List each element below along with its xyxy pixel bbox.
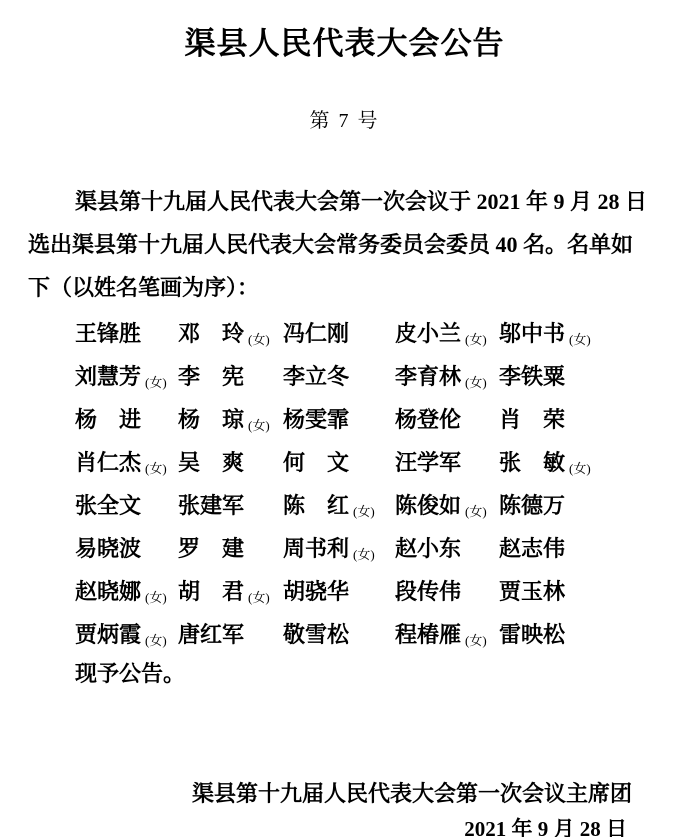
member-name-text: 周书利 (283, 536, 349, 561)
member-name-text: 雷映松 (499, 622, 565, 647)
signature-presidium: 渠县第十九届人民代表大会第一次会议主席团 (0, 779, 689, 809)
member-name-text: 赵小东 (395, 536, 461, 561)
member-name-text: 贾玉林 (499, 579, 565, 604)
female-marker: (女) (145, 590, 167, 605)
member-name: 唐红军 (178, 618, 283, 649)
member-row: 肖仁杰(女)吴 爽何 文汪学军张 敏(女) (75, 440, 651, 483)
member-name-text: 赵晓娜 (75, 579, 141, 604)
document-date: 2021 年 9 月 28 日 (0, 815, 689, 837)
member-name: 陈 红(女) (283, 489, 395, 520)
member-name: 汪学军 (395, 446, 499, 477)
member-name-text: 罗 建 (178, 536, 244, 561)
member-name-text: 敬雪松 (283, 622, 349, 647)
female-marker: (女) (248, 590, 270, 605)
member-name-text: 吴 爽 (178, 450, 244, 475)
member-name-text: 李立冬 (283, 364, 349, 389)
body-line-1: 渠县第十九届人民代表大会第一次会议于 2021 年 9 月 28 日 (28, 180, 661, 223)
member-row: 刘慧芳(女)李 宪李立冬李育林(女)李铁粟 (75, 354, 651, 397)
member-name: 皮小兰(女) (395, 317, 499, 348)
member-name: 陈俊如(女) (395, 489, 499, 520)
member-name-text: 赵志伟 (499, 536, 565, 561)
member-name-text: 汪学军 (395, 450, 461, 475)
member-name: 李 宪 (178, 360, 283, 391)
closing-statement: 现予公告。 (75, 659, 689, 689)
member-name: 赵志伟 (499, 532, 651, 563)
member-name: 张 敏(女) (499, 446, 651, 477)
member-name-text: 贾炳霞 (75, 622, 141, 647)
member-row: 王锋胜邓 玲(女)冯仁刚皮小兰(女)邬中书(女) (75, 311, 651, 354)
member-name-text: 肖仁杰 (75, 450, 141, 475)
member-name: 杨 进 (75, 403, 178, 434)
member-name: 段传伟 (395, 575, 499, 606)
member-name: 胡骁华 (283, 575, 395, 606)
member-row: 杨 进杨 琼(女)杨雯霏杨登伦肖 荣 (75, 397, 651, 440)
member-name-text: 易晓波 (75, 536, 141, 561)
member-name-text: 陈俊如 (395, 493, 461, 518)
member-name-text: 邬中书 (499, 321, 565, 346)
member-name-text: 张全文 (75, 493, 141, 518)
member-name-text: 皮小兰 (395, 321, 461, 346)
member-name-text: 胡 君 (178, 579, 244, 604)
female-marker: (女) (465, 504, 487, 519)
member-name: 贾炳霞(女) (75, 618, 178, 649)
member-name: 杨 琼(女) (178, 403, 283, 434)
member-name: 雷映松 (499, 618, 651, 649)
member-name-text: 张建军 (178, 493, 244, 518)
member-name-text: 冯仁刚 (283, 321, 349, 346)
member-row: 易晓波罗 建周书利(女)赵小东赵志伟 (75, 526, 651, 569)
member-name: 杨雯霏 (283, 403, 395, 434)
member-name: 敬雪松 (283, 618, 395, 649)
member-name: 周书利(女) (283, 532, 395, 563)
female-marker: (女) (569, 461, 591, 476)
member-name-text: 李育林 (395, 364, 461, 389)
member-name: 刘慧芳(女) (75, 360, 178, 391)
member-name-text: 邓 玲 (178, 321, 244, 346)
member-name: 李育林(女) (395, 360, 499, 391)
member-name: 张建军 (178, 489, 283, 520)
member-name: 李铁粟 (499, 360, 651, 391)
member-name: 邓 玲(女) (178, 317, 283, 348)
member-name-text: 杨雯霏 (283, 407, 349, 432)
member-name-text: 李 宪 (178, 364, 244, 389)
female-marker: (女) (353, 547, 375, 562)
member-name-text: 陈 红 (283, 493, 349, 518)
member-name: 肖 荣 (499, 403, 651, 434)
body-line-2: 选出渠县第十九届人民代表大会常务委员会委员 40 名。名单如 (28, 223, 661, 266)
female-marker: (女) (353, 504, 375, 519)
member-name-text: 唐红军 (178, 622, 244, 647)
document-title: 渠县人民代表大会公告 (0, 24, 689, 64)
female-marker: (女) (465, 375, 487, 390)
member-name: 赵小东 (395, 532, 499, 563)
member-name-text: 段传伟 (395, 579, 461, 604)
member-name-text: 杨 进 (75, 407, 141, 432)
female-marker: (女) (248, 418, 270, 433)
member-row: 贾炳霞(女)唐红军敬雪松程椿雁(女)雷映松 (75, 612, 651, 655)
member-name: 邬中书(女) (499, 317, 651, 348)
female-marker: (女) (569, 332, 591, 347)
member-name-text: 王锋胜 (75, 321, 141, 346)
female-marker: (女) (248, 332, 270, 347)
member-name-text: 胡骁华 (283, 579, 349, 604)
member-name-text: 程椿雁 (395, 622, 461, 647)
announcement-document: 渠县人民代表大会公告 第 7 号 渠县第十九届人民代表大会第一次会议于 2021… (0, 0, 689, 837)
member-name: 冯仁刚 (283, 317, 395, 348)
member-name-text: 陈德万 (499, 493, 565, 518)
female-marker: (女) (465, 332, 487, 347)
issue-number: 第 7 号 (0, 108, 689, 134)
member-row: 张全文张建军陈 红(女)陈俊如(女)陈德万 (75, 483, 651, 526)
member-name-text: 肖 荣 (499, 407, 565, 432)
member-name: 赵晓娜(女) (75, 575, 178, 606)
body-paragraph: 渠县第十九届人民代表大会第一次会议于 2021 年 9 月 28 日 选出渠县第… (28, 180, 661, 309)
member-name: 何 文 (283, 446, 395, 477)
member-name-text: 李铁粟 (499, 364, 565, 389)
member-name: 杨登伦 (395, 403, 499, 434)
member-name-text: 何 文 (283, 450, 349, 475)
member-name: 易晓波 (75, 532, 178, 563)
member-name: 李立冬 (283, 360, 395, 391)
member-list: 王锋胜邓 玲(女)冯仁刚皮小兰(女)邬中书(女)刘慧芳(女)李 宪李立冬李育林(… (75, 311, 651, 655)
member-name: 胡 君(女) (178, 575, 283, 606)
member-name-text: 杨登伦 (395, 407, 461, 432)
member-name-text: 张 敏 (499, 450, 565, 475)
member-name: 张全文 (75, 489, 178, 520)
female-marker: (女) (145, 375, 167, 390)
member-name: 肖仁杰(女) (75, 446, 178, 477)
female-marker: (女) (145, 461, 167, 476)
female-marker: (女) (465, 633, 487, 648)
body-line-3: 下（以姓名笔画为序）： (28, 266, 661, 309)
female-marker: (女) (145, 633, 167, 648)
member-name: 陈德万 (499, 489, 651, 520)
member-row: 赵晓娜(女)胡 君(女)胡骁华段传伟贾玉林 (75, 569, 651, 612)
member-name-text: 刘慧芳 (75, 364, 141, 389)
member-name: 王锋胜 (75, 317, 178, 348)
member-name-text: 杨 琼 (178, 407, 244, 432)
member-name: 吴 爽 (178, 446, 283, 477)
member-name: 程椿雁(女) (395, 618, 499, 649)
member-name: 罗 建 (178, 532, 283, 563)
member-name: 贾玉林 (499, 575, 651, 606)
